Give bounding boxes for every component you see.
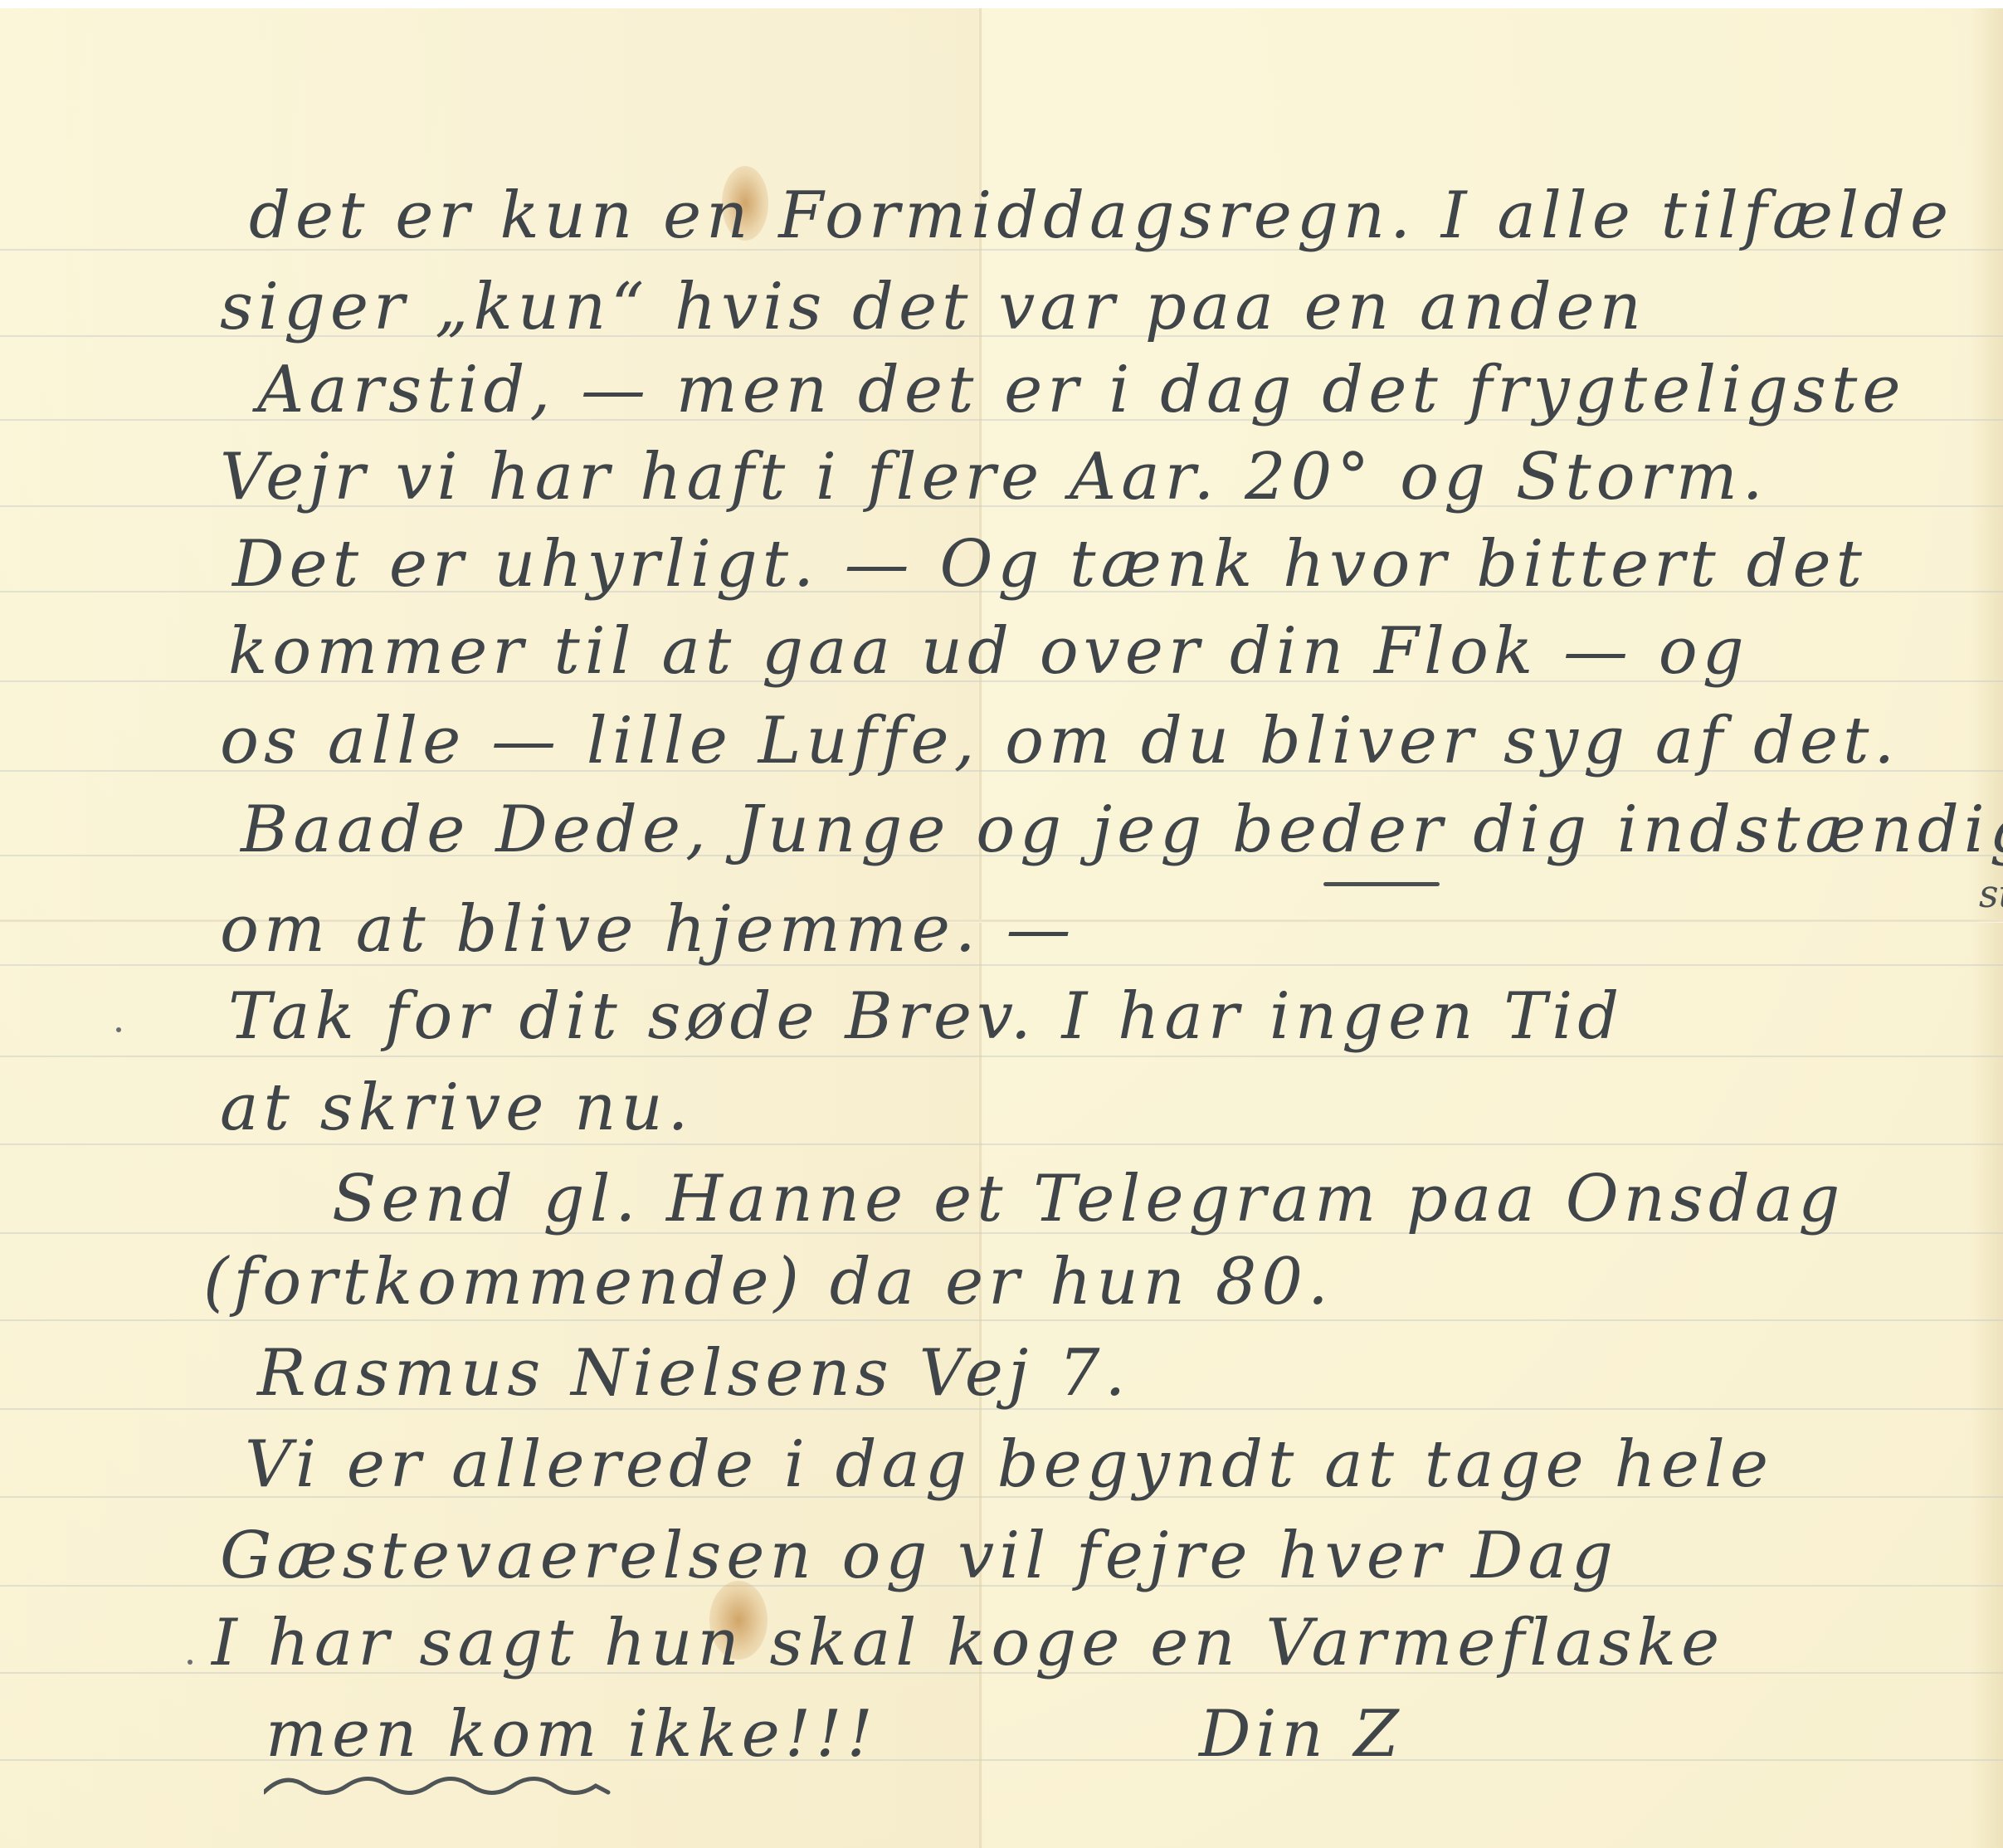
letter-line-8: Baade Dede, Junge og jeg beder dig indst… (241, 792, 2003, 867)
wavy-underline (264, 1768, 612, 1801)
paper-speck (116, 1027, 121, 1032)
letter-line-7: os alle — lille Luffe, om du bliver syg … (220, 704, 1899, 778)
emphasis-underline (1323, 882, 1440, 886)
letter-line-17: I har sagt hun skal koge en Varmeflaske (212, 1606, 1724, 1680)
paper-speck (188, 1660, 193, 1665)
ruled-line (0, 1056, 2003, 1057)
margin-note: st (1979, 871, 2003, 916)
letter-line-1: det er kun en Formiddagsregn. I alle til… (249, 178, 1953, 253)
letter-line-14: Rasmus Nielsens Vej 7. (257, 1336, 1130, 1411)
letter-line-11: at skrive nu. (220, 1070, 693, 1145)
letter-line-2: siger „kun“ hvis det var paa en anden (220, 270, 1646, 344)
signature: Din Z (1199, 1697, 1404, 1772)
letter-line-12: Send gl. Hanne et Telegram paa Onsdag (332, 1162, 1845, 1236)
letter-line-15: Vi er allerede i dag begyndt at tage hel… (245, 1427, 1773, 1502)
letter-line-4: Vejr vi har haft i flere Aar. 20° og Sto… (220, 440, 1768, 514)
letter-line-5: Det er uhyrligt. — Og tænk hvor bittert … (232, 527, 1867, 602)
letter-line-9: om at blive hjemme. — (220, 892, 1075, 967)
letter-line-18: men kom ikke!!! (266, 1697, 878, 1772)
ruled-line (0, 1319, 2003, 1321)
letter-line-16: Gæstevaerelsen og vil fejre hver Dag (220, 1519, 1618, 1593)
letter-line-10: Tak for dit søde Brev. I har ingen Tid (228, 979, 1624, 1054)
line-8-text: Baade Dede, Junge og jeg beder dig indst… (241, 792, 2003, 867)
letter-line-3: Aarstid, — men det er i dag det frygteli… (257, 353, 1906, 427)
letter-line-6: kommer til at gaa ud over din Flok — og (228, 614, 1749, 689)
letter-line-13: (fortkommende) da er hun 80. (203, 1245, 1333, 1319)
paper-edge-shadow (1970, 8, 2003, 1848)
